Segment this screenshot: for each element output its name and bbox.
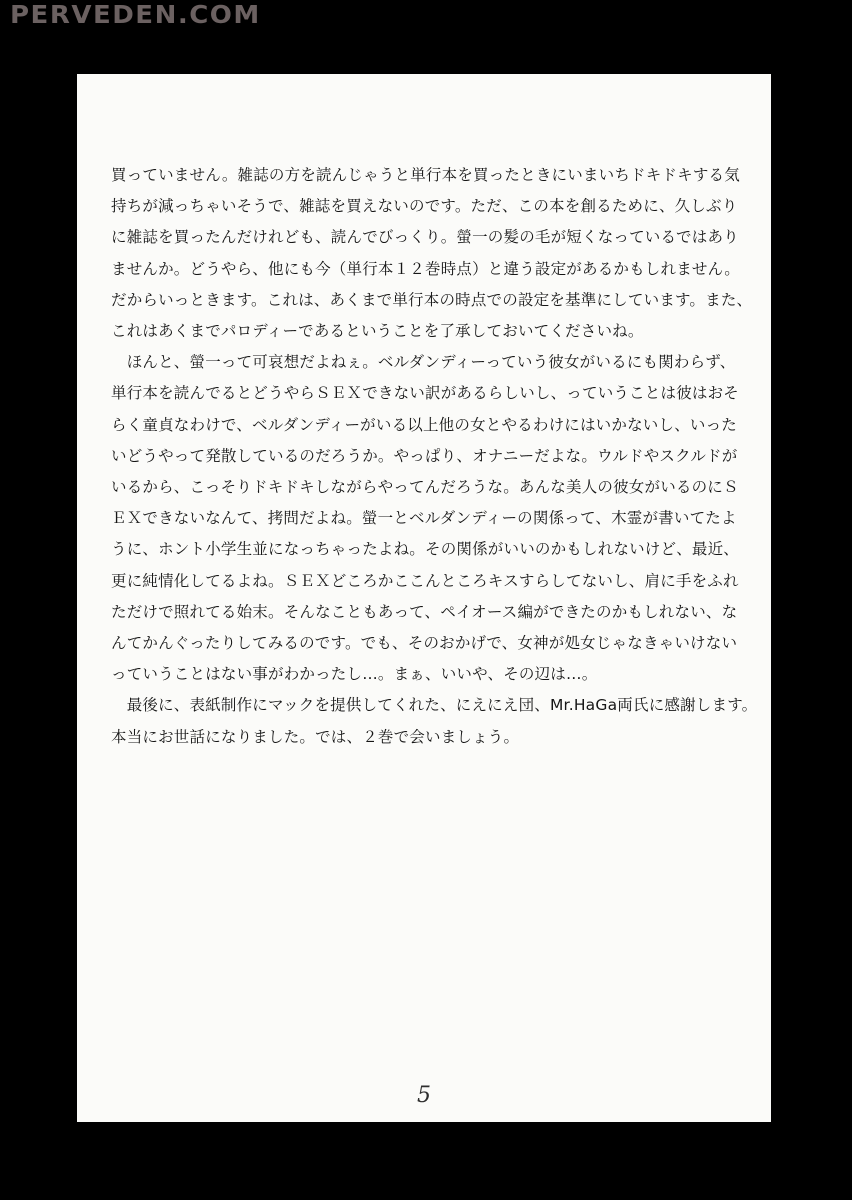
page-number: 5 [77,1083,771,1108]
text-line: 買っていません。雑誌の方を読んじゃうと単行本を買ったときにいまいちドキドキする気 [111,160,759,191]
text-line: 持ちが減っちゃいそうで、雑誌を買えないのです。ただ、この本を創るために、久しぶり [111,191,759,222]
afterword-text-block: 買っていません。雑誌の方を読んじゃうと単行本を買ったときにいまいちドキドキする気… [111,160,759,753]
text-line: らく童貞なわけで、ベルダンディーがいる以上他の女とやるわけにはいかないし、いった [111,410,759,441]
text-line: んてかんぐったりしてみるのです。でも、そのおかげで、女神が処女じゃなきゃいけない [111,628,759,659]
text-line: ほんと、螢一って可哀想だよねぇ。ベルダンディーっていう彼女がいるにも関わらず、 [111,347,759,378]
site-watermark: PERVEDEN.COM [10,1,261,30]
text-line: いるから、こっそりドキドキしながらやってんだろうな。あんな美人の彼女がいるのにＳ [111,472,759,503]
text-line: うに、ホント小学生並になっちゃったよね。その関係がいいのかもしれないけど、最近、 [111,534,759,565]
text-line: 最後に、表紙制作にマックを提供してくれた、にえにえ団、Mr.HaGa両氏に感謝し… [111,690,759,721]
text-line: っていうことはない事がわかったし…。まぁ、いいや、その辺は…。 [111,659,759,690]
text-line: 単行本を読んでるとどうやらＳＥＸできない訳があるらしいし、っていうことは彼はおそ [111,378,759,409]
text-line: これはあくまでパロディーであるということを了承しておいてくださいね。 [111,316,759,347]
text-line: ＥＸできないなんて、拷問だよね。螢一とベルダンディーの関係って、木霊が書いてたよ [111,503,759,534]
scanned-page: 買っていません。雑誌の方を読んじゃうと単行本を買ったときにいまいちドキドキする気… [77,74,771,1122]
text-line: ただけで照れてる始末。そんなこともあって、ペイオース編ができたのかもしれない、な [111,597,759,628]
text-line: だからいっときます。これは、あくまで単行本の時点での設定を基準にしています。また… [111,285,759,316]
text-line: いどうやって発散しているのだろうか。やっぱり、オナニーだよな。ウルドやスクルドが [111,441,759,472]
text-line: 更に純情化してるよね。ＳＥＸどころかここんところキスすらしてないし、肩に手をふれ [111,566,759,597]
text-line: に雑誌を買ったんだけれども、読んでびっくり。螢一の髪の毛が短くなっているではあり [111,222,759,253]
text-line: 本当にお世話になりました。では、２巻で会いましょう。 [111,722,759,753]
text-line: ませんか。どうやら、他にも今（単行本１２巻時点）と違う設定があるかもしれません。 [111,254,759,285]
